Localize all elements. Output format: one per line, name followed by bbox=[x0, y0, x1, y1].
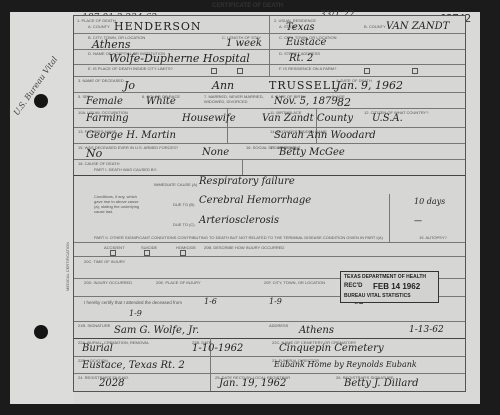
death-county-label: a. COUNTY bbox=[88, 24, 110, 29]
immediate-cause: Respiratory failure bbox=[199, 176, 295, 187]
physician-signature-label: 21b. SIGNATURE bbox=[78, 323, 110, 328]
race: White bbox=[146, 96, 176, 107]
father-name: George H. Martin bbox=[86, 130, 176, 141]
industry: Housewife bbox=[182, 113, 236, 124]
birthplace: Van Zandt County bbox=[262, 113, 353, 124]
funeral-director: Eubank Home by Reynolds Eubank bbox=[274, 360, 417, 369]
interval-c: — bbox=[414, 216, 422, 225]
stamp-received-date: FEB 14 1962 bbox=[373, 282, 420, 291]
farm-label: f. IS RESIDENCE ON A FARM? bbox=[279, 66, 336, 71]
part2-label: PART II. OTHER SIGNIFICANT CONDITIONS CO… bbox=[94, 235, 383, 240]
death-county: HENDERSON bbox=[114, 20, 202, 33]
sex: Female bbox=[86, 96, 123, 107]
residence-state: Texas bbox=[286, 22, 315, 33]
part1-label: PART I. DEATH WAS CAUSED BY: bbox=[94, 167, 157, 172]
burial-location: Eustace, Texas Rt. 2 bbox=[82, 360, 185, 371]
homicide-checkbox[interactable] bbox=[180, 250, 186, 256]
length-of-stay: 1 week bbox=[226, 38, 262, 49]
attended-from: 1-6 bbox=[204, 297, 217, 306]
age: 82 bbox=[337, 96, 351, 109]
stamp-line-3: BUREAU VITAL STATISTICS bbox=[344, 293, 411, 299]
date-signed: 1-13-62 bbox=[409, 325, 444, 335]
physician-address-label: ADDRESS bbox=[269, 323, 288, 328]
date-of-birth: Nov. 5, 1879 bbox=[274, 96, 338, 107]
interval-b: 10 days bbox=[414, 197, 445, 206]
stamp-line-1: TEXAS DEPARTMENT OF HEALTH bbox=[344, 274, 426, 280]
received-stamp: TEXAS DEPARTMENT OF HEALTH REC'D FEB 14 … bbox=[340, 271, 439, 303]
residence-county-label: b. COUNTY bbox=[364, 24, 386, 29]
middle-name: Ann bbox=[212, 79, 234, 92]
autopsy-label: 19. AUTOPSY? bbox=[419, 235, 447, 240]
social-security: None bbox=[202, 147, 229, 158]
injury-location-label: 20f. CITY, TOWN, OR LOCATION bbox=[264, 280, 325, 285]
last-name: TRUSSELL bbox=[269, 79, 339, 92]
residence-county: VAN ZANDT bbox=[386, 21, 449, 32]
burial: Burial bbox=[82, 343, 113, 354]
homicide-label: HOMICIDE bbox=[176, 245, 196, 250]
marital-label: 7. MARRIED, NEVER MARRIED, WIDOWED, DIVO… bbox=[204, 94, 264, 104]
cause-label: 18. CAUSE OF DEATH bbox=[78, 161, 120, 166]
injury-description-label: 20b. DESCRIBE HOW INJURY OCCURRED bbox=[204, 245, 284, 250]
suicide-checkbox[interactable] bbox=[144, 250, 150, 256]
registrar-signature: Betty J. Dillard bbox=[344, 378, 418, 389]
stamp-received-label: REC'D bbox=[344, 283, 362, 289]
first-name: Jo bbox=[124, 79, 135, 92]
attended-to: 1-9 bbox=[269, 297, 282, 306]
conditions-note: Conditions, if any, which gave rise to a… bbox=[94, 194, 140, 214]
certify-text: I hereby certify that I attended the dec… bbox=[84, 300, 182, 305]
burial-date: 1-10-1962 bbox=[192, 343, 243, 354]
punch-hole-top bbox=[34, 94, 48, 108]
certificate-title: CERTIFICATE OF DEATH bbox=[212, 3, 283, 9]
medical-certification-label: MEDICAL CERTIFICATION bbox=[65, 242, 70, 291]
physician-address: Athens bbox=[299, 325, 334, 336]
certificate-form: MEDICAL CERTIFICATION 1. PLACE OF DEATH … bbox=[73, 15, 466, 392]
cemetery: Cinquepin Cemetery bbox=[279, 343, 384, 354]
inside-city-label: e. IS PLACE OF DEATH INSIDE CITY LIMITS? bbox=[88, 66, 173, 71]
mother-name: Sarah Ann Woodard bbox=[274, 130, 376, 141]
death-city: Athens bbox=[92, 38, 131, 51]
registrar-file-number: 2028 bbox=[99, 378, 124, 389]
last-saw: 1-9 bbox=[129, 309, 142, 318]
physician-signature: Sam G. Wolfe, Jr. bbox=[114, 325, 199, 336]
immediate-cause-label: IMMEDIATE CAUSE (a) bbox=[154, 182, 197, 187]
place-of-injury-label: 20e. PLACE OF INJURY bbox=[156, 280, 201, 285]
veteran: No bbox=[86, 147, 102, 160]
due-to-c: Arteriosclerosis bbox=[199, 215, 279, 226]
residence-address: Rt. 2 bbox=[289, 53, 313, 64]
injury-occurred-label: 20d. INJURY OCCURRED bbox=[84, 280, 132, 285]
date-received: Jan. 19, 1962 bbox=[219, 378, 286, 389]
due-to-c-label: DUE TO (c) bbox=[173, 222, 195, 227]
name-label: 3. NAME OF DECEASED bbox=[78, 78, 124, 83]
hospital-name: Wolfe-Dupherne Hospital bbox=[109, 52, 250, 65]
due-to-b: Cerebral Hemorrhage bbox=[199, 195, 311, 206]
citizen: U.S.A. bbox=[372, 113, 403, 124]
accident-checkbox[interactable] bbox=[110, 250, 116, 256]
occupation: Farming bbox=[86, 113, 129, 124]
time-of-injury-label: 20c. TIME OF INJURY bbox=[84, 259, 125, 264]
punch-hole-bottom bbox=[34, 325, 48, 339]
date-of-death: Jan. 9, 1962 bbox=[336, 79, 403, 92]
place-of-death-label: 1. PLACE OF DEATH bbox=[77, 18, 116, 23]
due-to-b-label: DUE TO (b) bbox=[173, 202, 194, 207]
residence-city: Eustace bbox=[286, 37, 326, 48]
informant: Betty McGee bbox=[279, 147, 345, 158]
